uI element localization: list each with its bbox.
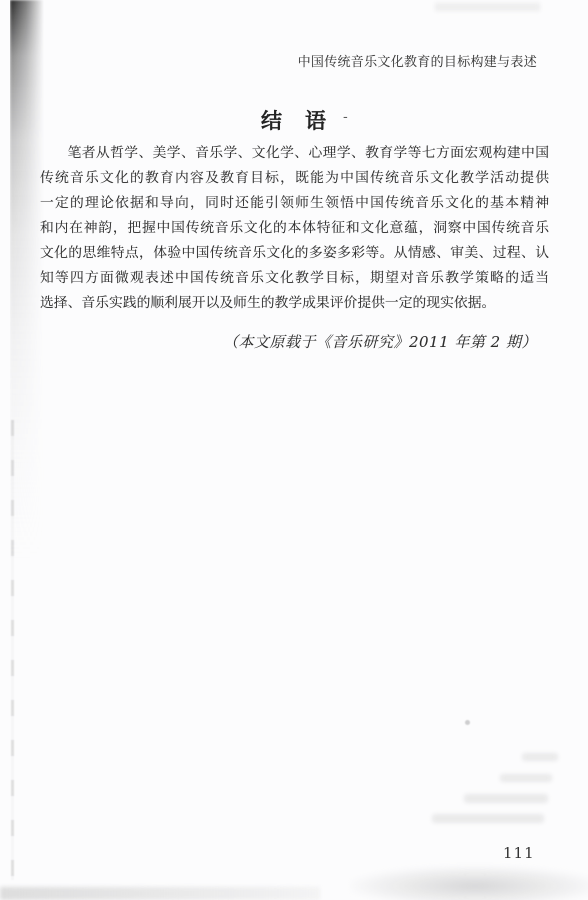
- scanned-book-page: 中国传统音乐文化教育的目标构建与表述 结 语 - 笔者从哲学、美学、音乐学、文化…: [0, 0, 588, 900]
- page-number: 111: [503, 844, 535, 862]
- bleedthrough-artifact: [522, 753, 558, 761]
- top-right-scan-streak: [435, 3, 540, 11]
- body-line: 选择、音乐实践的顺利展开以及师生的教学成果评价提供一定的现实依据。: [40, 291, 549, 316]
- section-title: 结 语: [0, 105, 588, 135]
- body-line: 和内在神韵，把握中国传统音乐文化的本体特征和文化意蕴，洞察中国传统音乐: [40, 216, 549, 241]
- citation-line: （本文原载于《音乐研究》2011 年第 2 期）: [223, 331, 537, 352]
- body-line: 一定的理论依据和导向，同时还能引领师生领悟中国传统音乐文化的基本精神: [40, 191, 549, 216]
- body-line: 文化的思维特点，体验中国传统音乐文化的多姿多彩等。从情感、审美、过程、认: [40, 241, 549, 266]
- bleedthrough-artifact: [500, 774, 552, 782]
- bleedthrough-artifact: [464, 794, 548, 803]
- binding-edge-line: [11, 420, 14, 880]
- body-paragraph: 笔者从哲学、美学、音乐学、文化学、心理学、教育学等七方面宏观构建中国 传统音乐文…: [40, 141, 549, 316]
- body-line: 笔者从哲学、美学、音乐学、文化学、心理学、教育学等七方面宏观构建中国: [40, 141, 549, 166]
- bottom-scan-band: [0, 887, 320, 900]
- title-side-mark: -: [343, 109, 348, 125]
- scan-speck: [465, 720, 470, 725]
- bleedthrough-artifact: [432, 814, 544, 823]
- body-line: 传统音乐文化的教育内容及教育目标，既能为中国传统音乐文化教学活动提供: [40, 166, 549, 191]
- body-line: 知等四方面微观表述中国传统音乐文化教学目标，期望对音乐教学策略的适当: [40, 266, 549, 291]
- running-head: 中国传统音乐文化教育的目标构建与表述: [298, 51, 537, 70]
- bottom-right-smudge: [350, 866, 588, 900]
